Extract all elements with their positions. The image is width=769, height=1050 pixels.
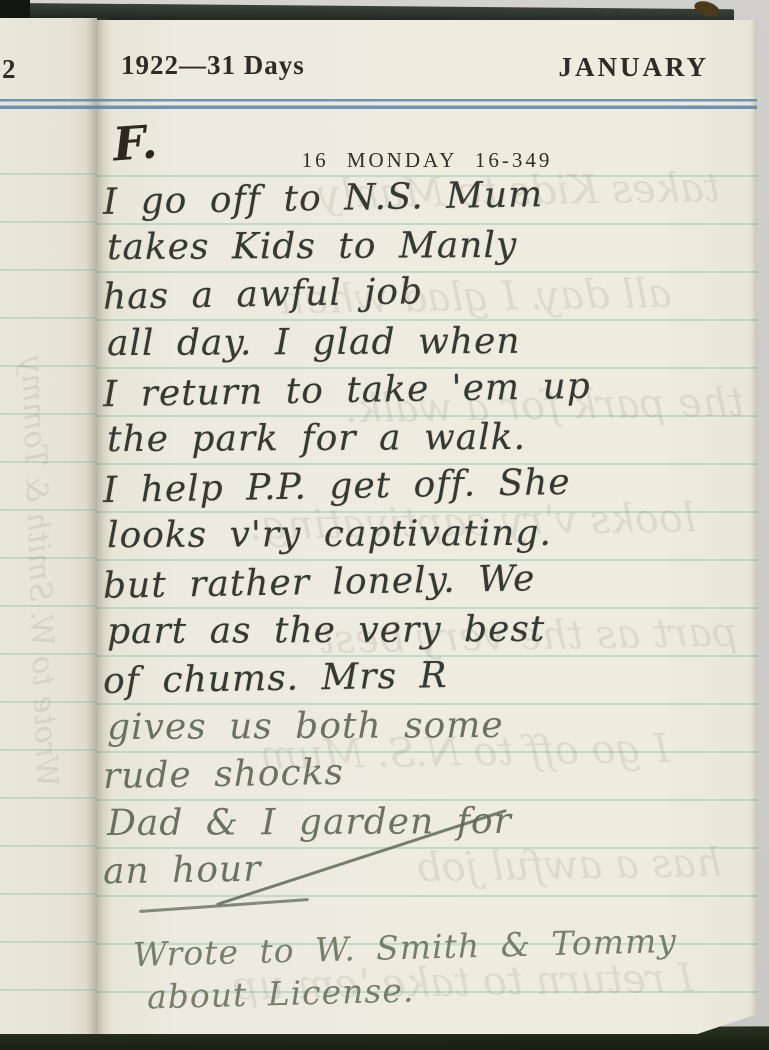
entry-line-pencil: gives us both some xyxy=(107,705,504,748)
header-blue-rule xyxy=(0,99,757,109)
page-header-year-days: 1922—31 Days xyxy=(121,50,305,81)
previous-page-edge: 2 xyxy=(0,18,97,1034)
feint-rules-left xyxy=(0,158,97,1024)
entry-line: but rather lonely. We xyxy=(103,558,536,607)
diary-page: takes Kids to Manly all day. I glad when… xyxy=(97,20,757,1034)
entry-line: all day. I glad when xyxy=(107,321,521,364)
entry-line-pencil: an hour xyxy=(103,849,262,893)
marginal-note: F. xyxy=(111,115,159,172)
entry-line: I return to take 'em up xyxy=(103,366,591,416)
entry-line: has a awful job xyxy=(103,271,424,318)
entry-line: of chums. Mrs R xyxy=(103,655,448,702)
page-header-month: JANUARY xyxy=(558,52,709,83)
entry-line: looks v'ry captivating. xyxy=(107,513,552,556)
entry-line: part as the very best xyxy=(107,609,546,652)
entry-line-pencil: Dad & I garden for xyxy=(107,801,512,844)
entry-line: I help P.P. get off. She xyxy=(103,462,571,511)
entry-line: I go off to N.S. Mum xyxy=(103,174,544,223)
entry-line: the park for a walk. xyxy=(107,417,526,460)
page-fold-shadow xyxy=(86,18,112,1034)
footer-note-line: about License. xyxy=(147,971,415,1017)
previous-page-number-fragment: 2 xyxy=(2,54,16,85)
diary-photo: 2 Wrote to W. Smith & Tommy takes Kids t… xyxy=(0,0,769,1050)
entry-line-pencil: rude shocks xyxy=(103,752,345,797)
entry-line: takes Kids to Manly xyxy=(107,225,518,268)
printed-date-heading: 16 MONDAY 16-349 xyxy=(97,148,757,173)
